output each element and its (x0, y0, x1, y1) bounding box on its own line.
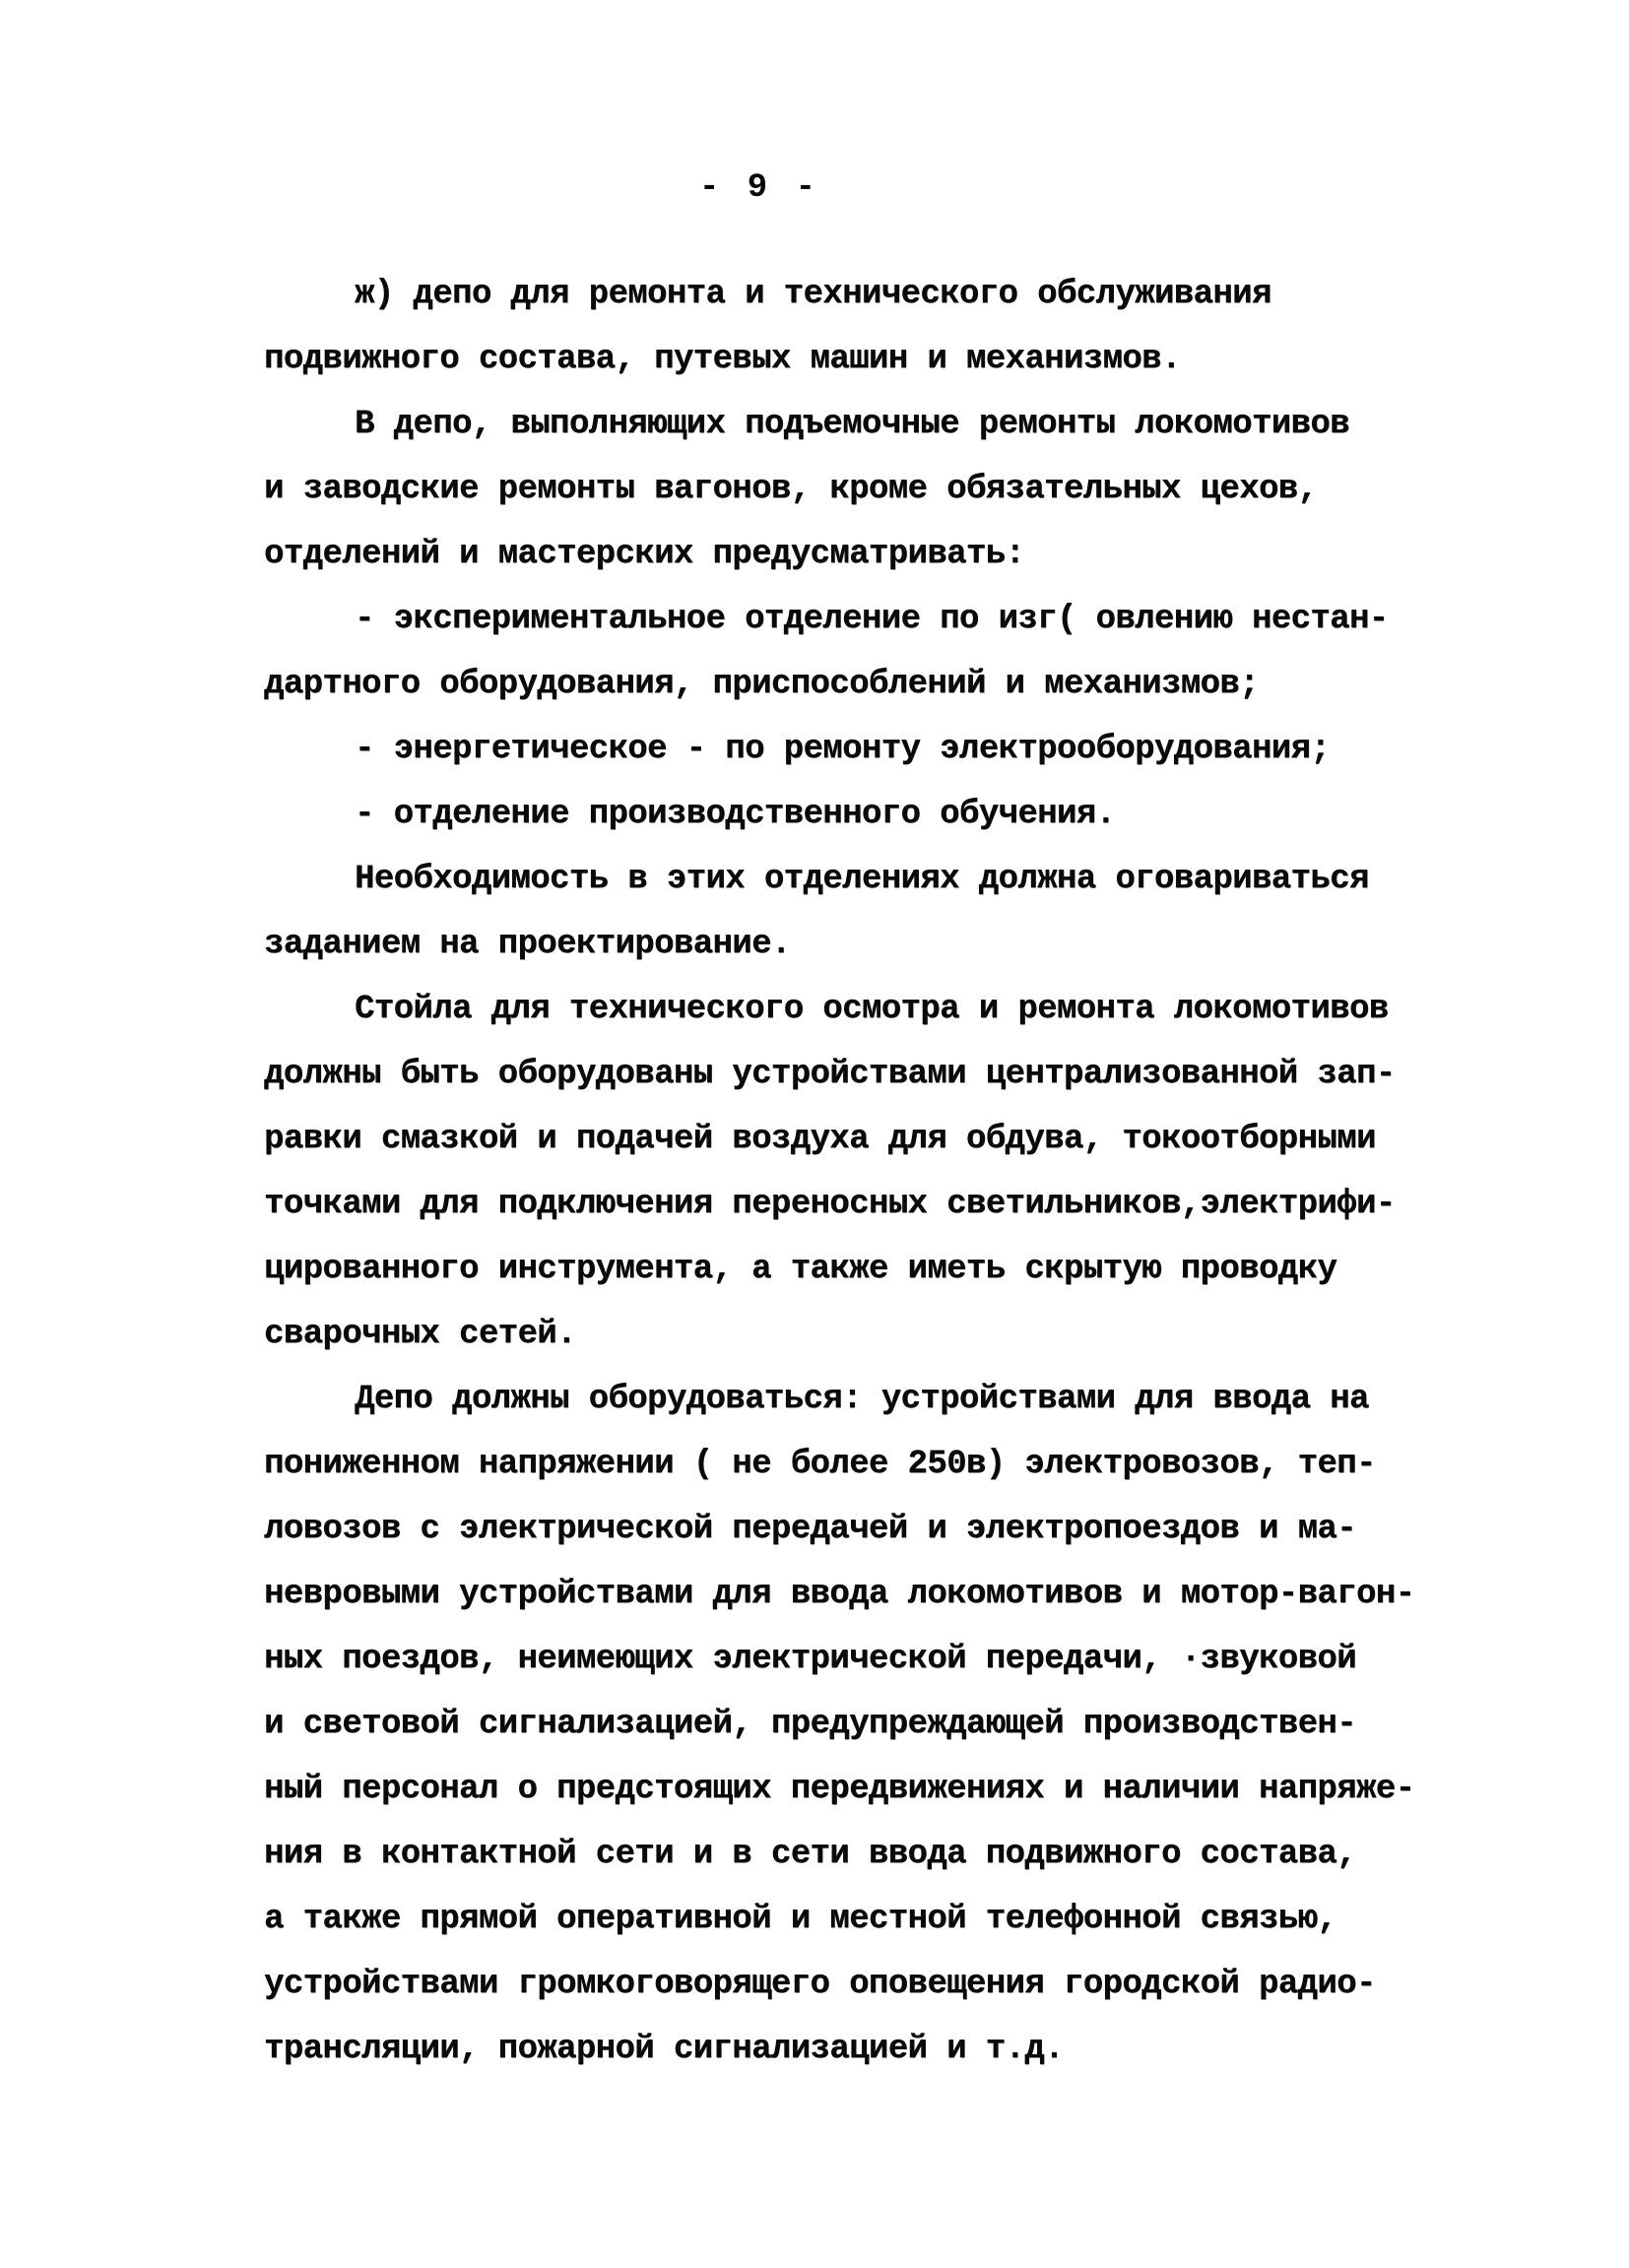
text-line: Стойла для технического осмотра и ремонт… (264, 977, 1466, 1042)
text-line: - экспериментальное отделение по изг( ов… (264, 587, 1466, 652)
text-line: подвижного состава, путевых машин и меха… (264, 327, 1466, 392)
text-line: пониженном напряжении ( не более 250в) э… (264, 1432, 1466, 1497)
text-line: отделений и мастерских предусматривать: (264, 522, 1466, 587)
text-line: В депо, выполняющих подъемочные ремонты … (264, 392, 1466, 457)
text-line: - отделение производственного обучения. (264, 782, 1466, 847)
document-body: ж) депо для ремонта и технического обслу… (264, 262, 1466, 2082)
text-line: трансляции, пожарной сигнализацией и т.д… (264, 2017, 1466, 2082)
text-line: ловозов с электрической передачей и элек… (264, 1497, 1466, 1562)
text-line: должны быть оборудованы устройствами цен… (264, 1042, 1466, 1107)
text-line: сварочных сетей. (264, 1302, 1466, 1367)
text-line: устройствами громкоговорящего оповещения… (264, 1952, 1466, 2017)
text-line: Необходимость в этих отделениях должна о… (264, 847, 1466, 912)
text-line: точками для подключения переносных свети… (264, 1172, 1466, 1237)
text-line: ный персонал о предстоящих передвижениях… (264, 1757, 1466, 1822)
text-line: - энергетическое - по ремонту электрообо… (264, 717, 1466, 782)
text-line: Депо должны оборудоваться: устройствами … (264, 1367, 1466, 1432)
text-line: заданием на проектирование. (264, 912, 1466, 977)
text-line: равки смазкой и подачей воздуха для обду… (264, 1107, 1466, 1172)
text-line: невровыми устройствами для ввода локомот… (264, 1562, 1466, 1627)
page-number: - 9 - (699, 169, 819, 207)
scanned-document-page: - 9 - ж) депо для ремонта и технического… (0, 0, 1629, 2268)
text-line: а также прямой оперативной и местной тел… (264, 1887, 1466, 1952)
text-line: и световой сигнализацией, предупреждающе… (264, 1692, 1466, 1757)
text-line: ных поездов, неимеющих электрической пер… (264, 1627, 1466, 1692)
text-line: ж) депо для ремонта и технического обслу… (264, 262, 1466, 327)
text-line: дартного оборудования, приспособлений и … (264, 652, 1466, 717)
text-line: и заводские ремонты вагонов, кроме обяза… (264, 457, 1466, 522)
text-line: цированного инструмента, а также иметь с… (264, 1237, 1466, 1302)
text-line: ния в контактной сети и в сети ввода под… (264, 1822, 1466, 1887)
